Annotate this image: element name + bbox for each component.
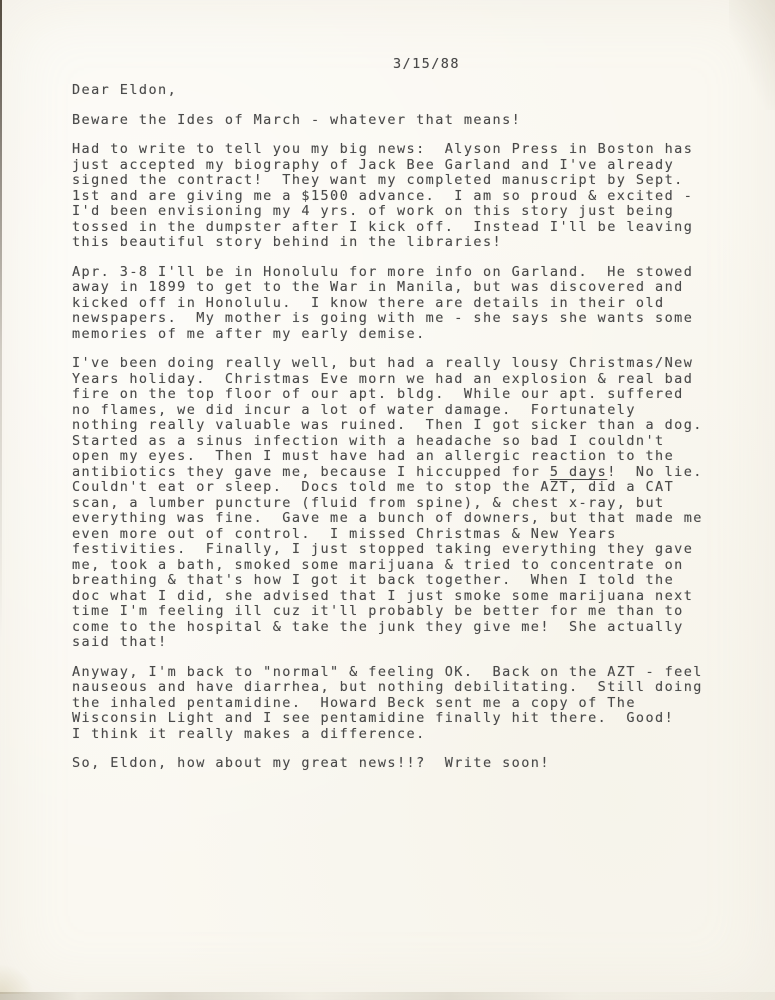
letter-line: Wisconsin Light and I see pentamidine fi… — [72, 711, 720, 727]
letter-line: fire on the top floor of our apt. bldg. … — [72, 387, 720, 403]
letter-paragraph: I've been doing really well, but had a r… — [72, 356, 720, 651]
letter-line: open my eyes. Then I must have had an al… — [72, 449, 720, 465]
letter-salutation: Dear Eldon, — [72, 83, 720, 99]
letter-line: scan, a lumber puncture (fluid from spin… — [72, 496, 720, 512]
letter-line: come to the hospital & take the junk the… — [72, 620, 720, 636]
letter-line: antibiotics they gave me, because I hicc… — [72, 465, 720, 481]
letter-line: me, took a bath, smoked some marijuana &… — [72, 558, 720, 574]
letter-line: Beware the Ides of March - whatever that… — [72, 113, 720, 129]
letter-line: nothing really valuable was ruined. Then… — [72, 418, 720, 434]
letter-line: Years holiday. Christmas Eve morn we had… — [72, 372, 720, 388]
letter-paragraph: Anyway, I'm back to "normal" & feeling O… — [72, 665, 720, 743]
letter-line: said that! — [72, 635, 720, 651]
letter-date: 3/15/88 — [393, 57, 720, 73]
letter-paragraph: Had to write to tell you my big news: Al… — [72, 142, 720, 251]
letter-body: Beware the Ides of March - whatever that… — [72, 113, 720, 772]
letter-paragraph: Apr. 3-8 I'll be in Honolulu for more in… — [72, 265, 720, 343]
letter-line: time I'm feeling ill cuz it'll probably … — [72, 604, 720, 620]
letter-line: Apr. 3-8 I'll be in Honolulu for more in… — [72, 265, 720, 281]
letter-line: doc what I did, she advised that I just … — [72, 589, 720, 605]
letter-line: 1st and are giving me a $1500 advance. I… — [72, 189, 720, 205]
letter-line: signed the contract! They want my comple… — [72, 173, 720, 189]
letter-line: I think it really makes a difference. — [72, 727, 720, 743]
letter-line: tossed in the dumpster after I kick off.… — [72, 220, 720, 236]
letter-line: Started as a sinus infection with a head… — [72, 434, 720, 450]
scan-top-right-shadow — [729, 0, 775, 110]
letter-line: Had to write to tell you my big news: Al… — [72, 142, 720, 158]
letter-line: memories of me after my early demise. — [72, 327, 720, 343]
letter-line: kicked off in Honolulu. I know there are… — [72, 296, 720, 312]
letter-line: everything was fine. Gave me a bunch of … — [72, 511, 720, 527]
letter-line: just accepted my biography of Jack Bee G… — [72, 158, 720, 174]
letter-line: even more out of control. I missed Chris… — [72, 527, 720, 543]
letter-line: newspapers. My mother is going with me -… — [72, 311, 720, 327]
letter-line: So, Eldon, how about my great news!!? Wr… — [72, 756, 720, 772]
scan-left-edge-artifact — [0, 0, 2, 640]
letter: 3/15/88 Dear Eldon, Beware the Ides of M… — [72, 57, 720, 786]
scan-bottom-edge-artifact — [0, 992, 775, 1000]
letter-line: nauseous and have diarrhea, but nothing … — [72, 680, 720, 696]
letter-line: Couldn't eat or sleep. Docs told me to s… — [72, 480, 720, 496]
letter-line: breathing & that's how I got it back tog… — [72, 573, 720, 589]
letter-line: I've been doing really well, but had a r… — [72, 356, 720, 372]
letter-line: the inhaled pentamidine. Howard Beck sen… — [72, 696, 720, 712]
letter-line: festivities. Finally, I just stopped tak… — [72, 542, 720, 558]
letter-paragraph: So, Eldon, how about my great news!!? Wr… — [72, 756, 720, 772]
letter-line: I'd been envisioning my 4 yrs. of work o… — [72, 204, 720, 220]
letter-paragraph: Beware the Ides of March - whatever that… — [72, 113, 720, 129]
letter-line: away in 1899 to get to the War in Manila… — [72, 280, 720, 296]
letter-line: Anyway, I'm back to "normal" & feeling O… — [72, 665, 720, 681]
letter-line: no flames, we did incur a lot of water d… — [72, 403, 720, 419]
scanned-letter-page: 3/15/88 Dear Eldon, Beware the Ides of M… — [0, 0, 775, 1000]
scan-bottom-left-smudge — [0, 964, 34, 994]
letter-line: this beautiful story behind in the libra… — [72, 235, 720, 251]
